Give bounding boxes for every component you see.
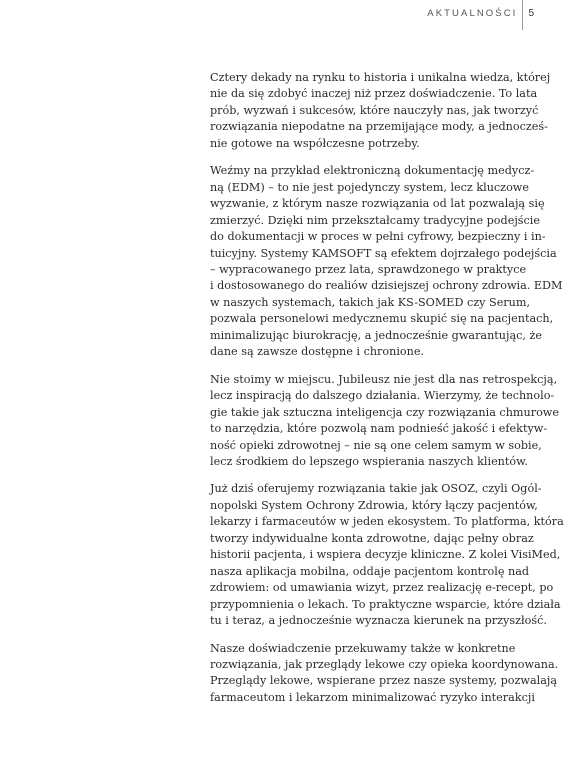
text-line: – wypracowanego przez lata, sprawdzonego…: [210, 262, 524, 278]
paragraph-5: Nasze doświadczenie przekuwamy także w k…: [210, 641, 524, 707]
text-line: Nie stoimy w miejscu. Jubileusz nie jest…: [210, 372, 524, 388]
text-line: ną (EDM) – to nie jest pojedynczy system…: [210, 180, 524, 196]
paragraph-2: Weźmy na przykład elektroniczną dokument…: [210, 163, 524, 360]
text-line: nasza aplikacja mobilna, oddaje pacjento…: [210, 564, 524, 580]
text-line: minimalizując biurokrację, a jednocześni…: [210, 328, 524, 344]
text-line: nie gotowe na współczesne potrzeby.: [210, 136, 524, 152]
text-line: wyzwanie, z którym nasze rozwiązania od …: [210, 196, 524, 212]
text-line: zdrowiem: od umawiania wizyt, przez real…: [210, 580, 524, 596]
text-line: historii pacjenta, i wspiera decyzje kli…: [210, 547, 524, 563]
text-line: lecz środkiem do lepszego wspierania nas…: [210, 454, 524, 470]
text-line: pozwala personelowi medycznemu skupić si…: [210, 311, 524, 327]
text-line: Nasze doświadczenie przekuwamy także w k…: [210, 641, 524, 657]
paragraph-3: Nie stoimy w miejscu. Jubileusz nie jest…: [210, 372, 524, 471]
text-line: to narzędzia, które pozwolą nam podnieść…: [210, 421, 524, 437]
section-label: AKTUALNOŚCI: [427, 8, 517, 19]
text-line: rozwiązania, jak przeglądy lekowe czy op…: [210, 657, 524, 673]
paragraph-1: Cztery dekady na rynku to historia i uni…: [210, 70, 524, 152]
text-line: w naszych systemach, takich jak KS-SOMED…: [210, 295, 524, 311]
page-number: 5: [528, 8, 534, 19]
text-line: lecz inspiracją do dalszego działania. W…: [210, 388, 524, 404]
header-divider: [522, 0, 523, 30]
text-line: tu i teraz, a jednocześnie wyznacza kier…: [210, 613, 524, 629]
text-line: tuicyjny. Systemy KAMSOFT są efektem doj…: [210, 246, 524, 262]
running-header: AKTUALNOŚCI 5: [427, 0, 576, 30]
text-line: tworzy indywidualne konta zdrowotne, daj…: [210, 531, 524, 547]
text-line: Przeglądy lekowe, wspierane przez nasze …: [210, 673, 524, 689]
text-line: Weźmy na przykład elektroniczną dokument…: [210, 163, 524, 179]
paragraph-4: Już dziś oferujemy rozwiązania takie jak…: [210, 481, 524, 629]
text-line: gie takie jak sztuczna inteligencja czy …: [210, 405, 524, 421]
text-line: dane są zawsze dostępne i chronione.: [210, 344, 524, 360]
text-line: Już dziś oferujemy rozwiązania takie jak…: [210, 481, 524, 497]
text-line: nopolski System Ochrony Zdrowia, który ł…: [210, 498, 524, 514]
text-line: prób, wyzwań i sukcesów, które nauczyły …: [210, 103, 524, 119]
text-line: i dostosowanego do realiów dzisiejszej o…: [210, 278, 524, 294]
text-line: Cztery dekady na rynku to historia i uni…: [210, 70, 524, 86]
text-line: rozwiązania niepodatne na przemijające m…: [210, 119, 524, 135]
text-line: zmierzyć. Dzięki nim przekształcamy trad…: [210, 213, 524, 229]
text-line: przypomnienia o lekach. To praktyczne ws…: [210, 597, 524, 613]
article-body: Cztery dekady na rynku to historia i uni…: [210, 70, 524, 717]
text-line: farmaceutom i lekarzom minimalizować ryz…: [210, 690, 524, 706]
text-line: lekarzy i farmaceutów w jeden ekosystem.…: [210, 514, 524, 530]
text-line: do dokumentacji w proces w pełni cyfrowy…: [210, 229, 524, 245]
text-line: ność opieki zdrowotnej – nie są one cele…: [210, 438, 524, 454]
text-line: nie da się zdobyć inaczej niż przez dośw…: [210, 86, 524, 102]
